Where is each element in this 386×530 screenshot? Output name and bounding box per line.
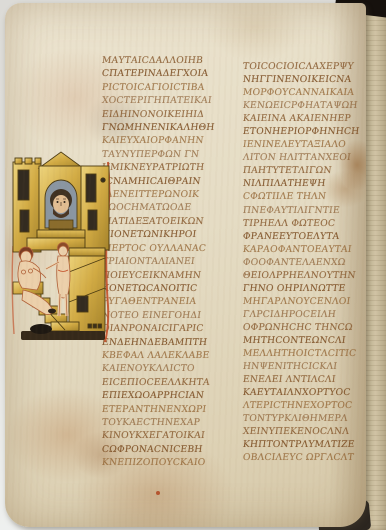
bather-hair — [19, 247, 33, 261]
manuscript-text-line: ΕΝΔΕΗΝΔΕΒΑΜΠΤΗ — [101, 336, 245, 349]
bather-face — [21, 251, 32, 263]
manuscript-text-line: ΤΟΝΤΥΡΚΛΙΘΗΜΕΡΛ — [242, 412, 372, 425]
manuscript-text-line: ΕΤΟΝΗΕΡΙΟΡΦΗΝΗϹΗ — [242, 125, 372, 138]
manuscript-text-line: ΜΕΡΤΟϹ ΟΥΛΛΑΝΑϹ — [101, 242, 245, 255]
manuscript-text-line: ΜΕΛΛΗΤΗΟΙϹΤΛϹΙΤΙϹ — [242, 347, 372, 360]
manuscript-text-line: ϹΩΦΡΟΝΑϹΝΙϹΕΒΗ — [101, 443, 245, 456]
attendant-face — [59, 246, 68, 256]
manuscript-text-line: ΤΩΟϹΗΜΑΤΩΟΔΕ — [101, 201, 245, 214]
manuscript-text-line: ΚΕΝΩΕΙϹΡΦΗΑΤΑΨΩΗ — [242, 99, 372, 112]
manuscript-text-line: ΜΑΤΙΔΕΞΑΤΟΕΙΚΩΝ — [101, 215, 245, 228]
manuscript-text-line: ΜΗΓΑΡΛΝΟΥϹΕΝΛΟΙ — [242, 295, 372, 308]
watcher-face — [53, 195, 69, 213]
manuscript-text-line: ΚΗΠΤΟΝΤΡΛΥΜΛΤΙΖΕ — [242, 438, 372, 451]
manuscript-text-line: ΠΟΙΕΥϹΕΙΚΝΑΜΗΝ — [101, 269, 245, 282]
watcher-beard — [53, 208, 69, 218]
bather-arm — [33, 268, 46, 278]
miniature-illustration-svg — [11, 150, 111, 346]
manuscript-text-line: ΝΙΟΝΕΤΩΝΙΚΗΡΟΙ — [101, 228, 245, 241]
manuscript-text-line: ΟΦΡΩΝΗϹΗϹ ΤΗΝϹΩ — [242, 321, 372, 334]
left-tower — [13, 162, 41, 252]
illuminated-miniature — [11, 150, 111, 346]
manuscript-text-line: ΚΑΙΕΝΟΥΚΛΛΙϹΤΟ — [101, 362, 245, 375]
bather-legs — [22, 290, 54, 315]
central-block — [39, 166, 83, 230]
manuscript-text-line: ΟΒΛϹΙΛΕΥϹ ΩΡΓΛϹΛΤ — [242, 451, 372, 464]
manuscript-text-line: ΛΤΕΡΙϹΤΗΝΕΧΟΡΤΟϹ — [242, 399, 372, 412]
manuscript-text-line: ΘΕΙΟΛΡΡΗΕΛΝΟΥΤΗΝ — [242, 269, 372, 282]
manuscript-text-line: ΤΡΙΑΙΟΝΤΑΛΙΑΝΕΙ — [101, 255, 245, 268]
right-tower-window — [86, 174, 96, 202]
manuscript-text-line: ΙΕΝΙΝΕΛΕΥΤΑΞΙΑΛΟ — [242, 138, 372, 151]
manuscript-text-line: ΤΙΡΗΕΛΛ ΦΩΤΕΟϹ — [242, 217, 372, 230]
bather-torso — [18, 261, 41, 290]
manuscript-text-line: ϹΦΩΤΙΙΛΕ ΤΗΛΝ — [242, 190, 372, 203]
manuscript-text-line: ΤΟΙϹΟϹΙΟΙϹΛΑΧΕΡΨΥ — [242, 60, 372, 73]
arch-window — [45, 180, 77, 228]
manuscript-text-line: ΕΙΔΗΙΝΟΝΟΙΚΕΙΗΙΔ — [101, 108, 245, 121]
base-ground-band — [21, 331, 105, 340]
manuscript-text-line: ΜΗΤΗϹΟΝΤΕΩΝϹΛΙ — [242, 334, 372, 347]
seated-bather-figure — [13, 247, 56, 315]
left-tower-window — [18, 170, 29, 200]
manuscript-text-line: ΓΗΝΟ ΟΗΡΙΛΝΩΤΤΕ — [242, 282, 372, 295]
manuscript-text-line: ϹΠΑΤΕΡΙΝΑΔΕΓΧΟΙΑ — [101, 67, 245, 80]
watcher-hair — [50, 189, 72, 211]
red-ink-spot — [156, 491, 160, 495]
manuscript-text-line: ΝΙΛΠΙΛΑΤΗΕΨΗ — [242, 177, 372, 190]
manuscript-text-line: ΓΝΩΜΗΝΕΝΙΚΑΛΗΘΗ — [101, 121, 245, 134]
golden-tower-architecture — [13, 152, 109, 332]
manuscript-text-line: ΚΑΙΕΥΧΑΙΟΡΦΑΝΗΝ — [101, 134, 245, 147]
manuscript-text-line: ΝΟΤΕΟ ΕΙΝΕΓΟΗΔΙ — [101, 309, 245, 322]
watcher-bust-in-arch — [45, 180, 77, 229]
manuscript-text-line: ΦΡΑΝΕΕΥΤΟΕΛΥΤΑ — [242, 230, 372, 243]
manuscript-text-line: ΗΝΨΕΝΙΤΗϹΙϹΚΛΙ — [242, 360, 372, 373]
text-column-left: ΜΑΥΤΑΙϹΔΑΛΛΟΙΗΒϹΠΑΤΕΡΙΝΑΔΕΓΧΟΙΑΡΙϹΤΟΙϹΑΓ… — [101, 54, 243, 470]
manuscript-text-line: ΧΕΙΝΥΠΕΚΕΝΟϹΛΝΛ — [242, 425, 372, 438]
manuscript-text-line: ΛΙΤΟΝ ΗΛΙΤΤΑΝΧΕΟΙ — [242, 151, 372, 164]
manuscript-text-line: ΚΝΕΠΙΖΟΠΟΥϹΚΑΙΟ — [101, 456, 245, 469]
manuscript-text-line: ΚΟΝΕΤΩϹΑΝΟΙΤΙϹ — [101, 282, 245, 295]
manuscript-text-line: ΚΒΕΦΑΛ ΛΑΛΕΚΛΑΒΕ — [101, 349, 245, 362]
dark-shadow-blob — [30, 324, 52, 334]
manuscript-text-line: ΜΟΡΦΟΥϹΑΝΝΑΙΚΑΙΑ — [242, 86, 372, 99]
manuscript-text-line: ΡΥΓΑΘΕΝΤΡΑΝΕΙΑ — [101, 295, 245, 308]
manuscript-text-line: ΓΛΡϹΙΔΗΡΟϹΕΙΛΗ — [242, 308, 372, 321]
manuscript-text-line: ΚΑΙΕΙΝΑ ΑΚΑΙΕΝΗΕΡ — [242, 112, 372, 125]
manuscript-text-line: ΚΑΡΑΟΦΑΝΤΟΕΑΥΤΑΙ — [242, 243, 372, 256]
manuscript-text-line: ΚΙΝΟΥΚΧΕΓΑΤΟΙΚΑΙ — [101, 429, 245, 442]
manuscript-text-line: ΙΔΕΝΕΙΤΤΕΡΩΝΟΙΚ — [101, 188, 245, 201]
red-contour-outline — [12, 162, 109, 342]
manuscript-text-line: ΤΑΥΝΥΠΕΡΦΩΝ ΓΝ — [101, 148, 245, 161]
gold-bench — [13, 282, 43, 294]
manuscript-text-line: ΕΝΕΛΕΙ ΛΝΤΙΛϹΛΙ — [242, 373, 372, 386]
manuscript-text-line: ΗΜΙΚΝΕΥΡΑΤΡΙΩΤΗ — [101, 161, 245, 174]
manuscript-photo: ΜΑΥΤΑΙϹΔΑΛΛΟΙΗΒϹΠΑΤΕΡΙΝΑΔΕΓΧΟΙΑΡΙϹΤΟΙϹΑΓ… — [0, 0, 386, 530]
attendant-legs — [59, 294, 67, 316]
golden-staircase — [25, 286, 79, 331]
parchment-page: ΜΑΥΤΑΙϹΔΑΛΛΟΙΗΒϹΠΑΤΕΡΙΝΑΔΕΓΧΟΙΑΡΙϹΤΟΙϹΑΓ… — [5, 3, 366, 527]
manuscript-text-line: ΟΙΑΝΡΟΝΑΙϹΙΓΑΡΙϹ — [101, 322, 245, 335]
mid-platform — [27, 238, 85, 250]
lower-right-tower — [69, 248, 105, 332]
manuscript-text-line: ΕΙϹΕΠΙΟϹΕΕΛΛΚΗΤΑ — [101, 376, 245, 389]
right-tower — [81, 166, 109, 250]
cornice — [37, 230, 85, 238]
manuscript-text-line: ΧΟϹΤΕΡΙΓΗΠΑΤΕΙΚΑΙ — [101, 94, 245, 107]
manuscript-text-line: ΤΟΥΚΑΕϹΤΗΝΕΧΑΡ — [101, 416, 245, 429]
text-column-right: ΤΟΙϹΟϹΙΟΙϹΛΑΧΕΡΨΥΝΗΓΓΙΝΕΝΟΙΚΕΙϹΝΑΜΟΡΦΟΥϹ… — [242, 60, 370, 464]
attendant-body — [57, 256, 70, 298]
manuscript-text-line: ΠΑΗΤΥΤΕΤΛΙΓΩΝ — [242, 164, 372, 177]
manuscript-text-line: ΕΤΕΡΑΝΤΗΝΕΝΧΩΡΙ — [101, 403, 245, 416]
bather-foot — [48, 309, 56, 314]
watcher-garment — [49, 220, 73, 229]
manuscript-text-line: ΙϹΝΑΜΗΙϹΑΙΘΡΑΙΝ — [101, 175, 245, 188]
manuscript-text-line: ΜΑΥΤΑΙϹΔΑΛΛΟΙΗΒ — [101, 54, 245, 67]
attendant-sash — [58, 270, 68, 272]
manuscript-text-line: ΠΝΕΦΑΥΤΙΛΙΓΝΤΙΕ — [242, 204, 372, 217]
attendant-hair — [58, 243, 69, 254]
manuscript-text-line: ΕΠΙΕΧΩΟΑΡΡΗϹΙΑΝ — [101, 389, 245, 402]
lower-tower-window — [77, 296, 88, 312]
manuscript-text-line: ΝΗΓΓΙΝΕΝΟΙΚΕΙϹΝΑ — [242, 73, 372, 86]
attendant-arm — [46, 262, 59, 269]
manuscript-text-line: ΦΟΟΦΑΝΤΕΛΑΕΝΧΩ — [242, 256, 372, 269]
attendant-figure — [46, 243, 70, 317]
manuscript-text-line: ΡΙϹΤΟΙϹΑΓΙΟΙϹΤΙΒΑ — [101, 81, 245, 94]
manuscript-text-line: ΚΑΕΥΤΑΙΛΝΧΟΡΤΥΟϹ — [242, 386, 372, 399]
central-gable — [39, 152, 83, 168]
